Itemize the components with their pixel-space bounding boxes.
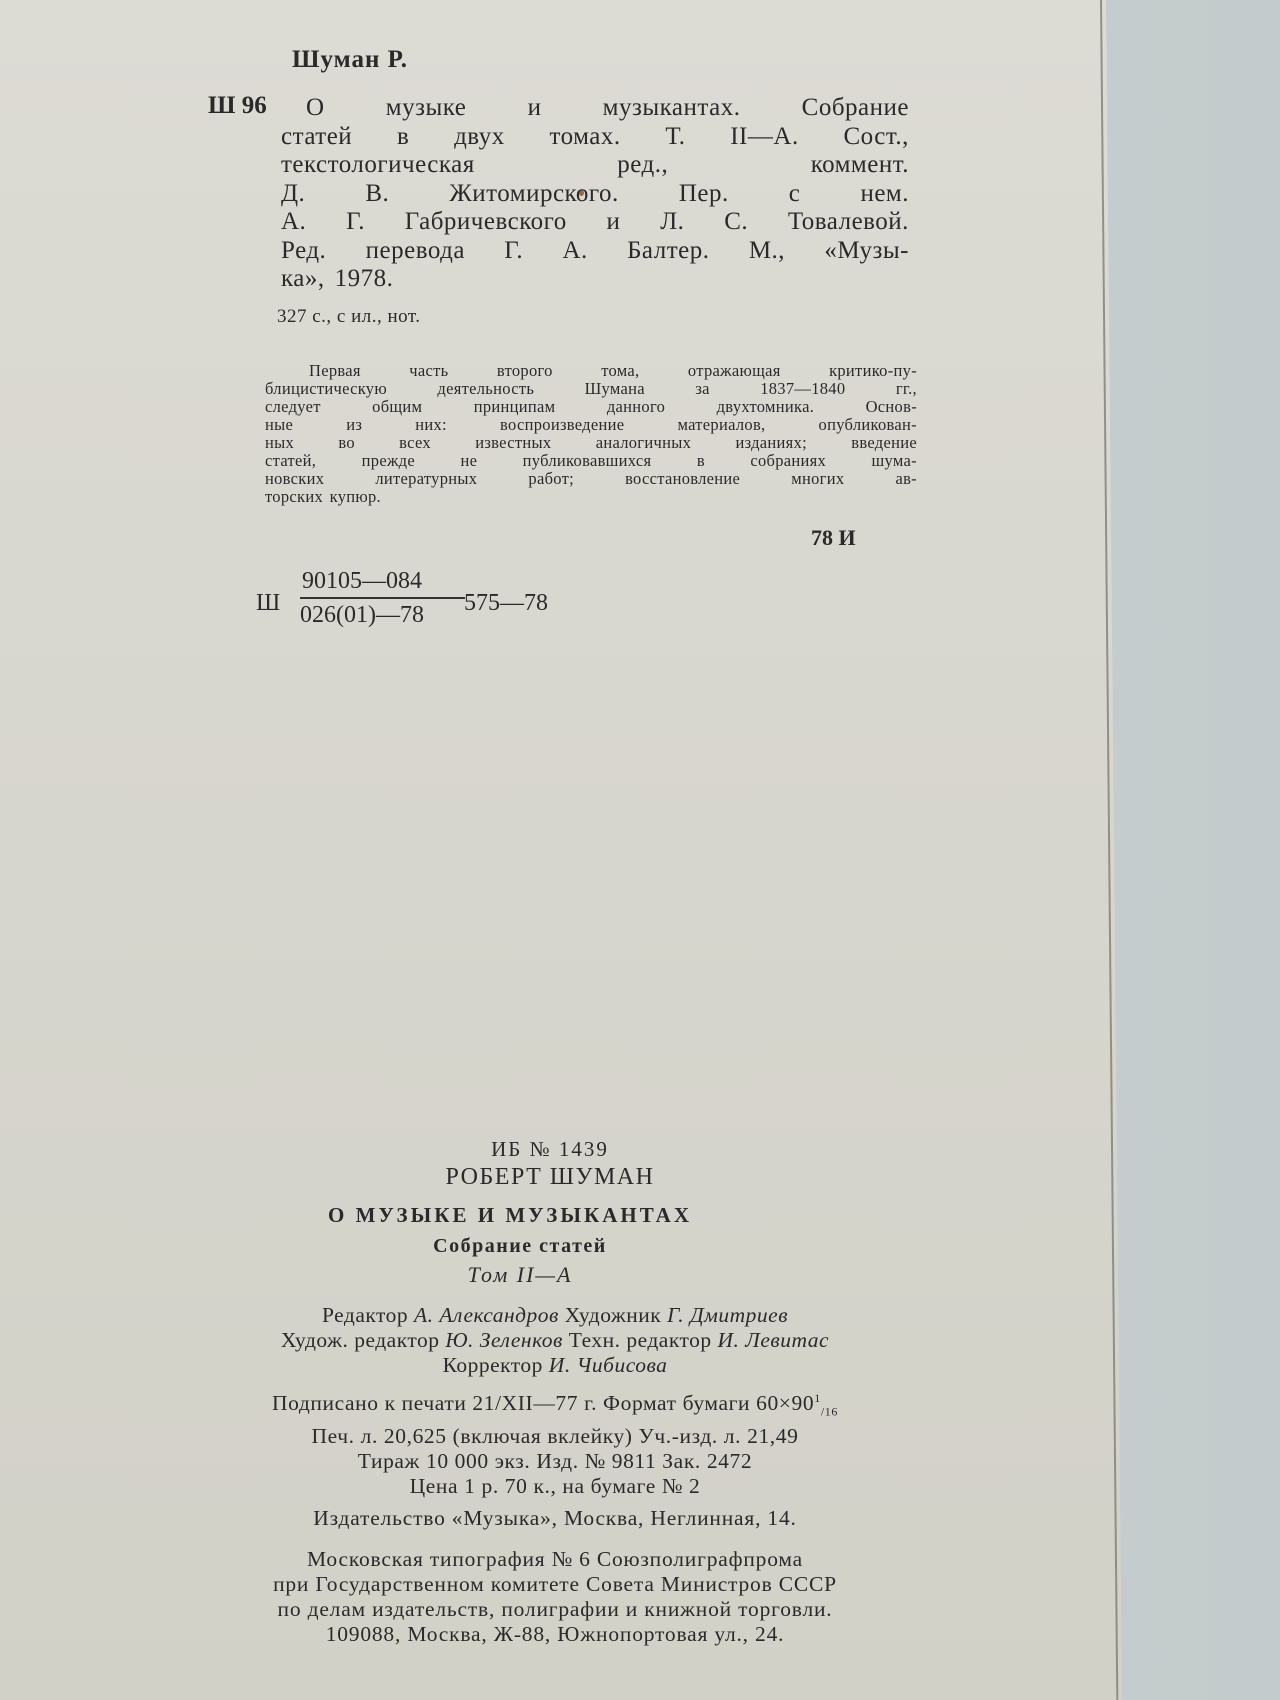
- imprint-subtitle: Собрание статей: [0, 1235, 1070, 1258]
- specs-signed: Подписано к печати 21/XII—77 г. Формат б…: [5, 1386, 1105, 1424]
- word: С.: [724, 208, 748, 237]
- bbk-letter: Ш: [256, 590, 280, 617]
- word: во: [338, 434, 355, 452]
- bbk-denominator: 026(01)—78: [300, 602, 465, 629]
- word: собраниях: [750, 452, 826, 470]
- word: томах.: [550, 123, 621, 152]
- word: восстановление: [625, 470, 740, 488]
- ib-number: ИБ № 1439: [0, 1137, 1100, 1162]
- entry-line: А.Г.ГабричевскогоиЛ.С.Товалевой.: [281, 208, 909, 237]
- word: за: [695, 380, 709, 398]
- word: А.: [281, 208, 306, 237]
- credit-name: Ю. Зеленков: [445, 1328, 563, 1352]
- word: ка»,: [281, 265, 325, 294]
- credit-name: И. Левитас: [718, 1328, 830, 1352]
- word: изданиях;: [735, 434, 807, 452]
- word: гг.,: [896, 380, 917, 398]
- word: аналогичных: [596, 434, 691, 452]
- credit-role: Худож. редактор: [281, 1328, 445, 1352]
- word: в: [397, 123, 409, 152]
- word: не: [460, 452, 477, 470]
- printer-line: Московская типография № 6 Союзполиграфпр…: [5, 1547, 1105, 1572]
- word: О: [306, 94, 325, 123]
- word: 1978.: [335, 265, 394, 294]
- printer: Московская типография № 6 Союзполиграфпр…: [5, 1547, 1105, 1647]
- format-sup: 1: [814, 1391, 821, 1405]
- bbk-numerator: 90105—084: [300, 568, 465, 595]
- word: ред.,: [617, 151, 668, 180]
- word: М.,: [749, 237, 785, 266]
- credits: Редактор А. Александров Художник Г. Дмит…: [5, 1303, 1105, 1378]
- classification-code: Ш 96: [208, 92, 267, 120]
- credit-role: Редактор: [322, 1303, 414, 1327]
- fraction-bar: [300, 597, 465, 599]
- abstract-line: Перваячастьвтороготома,отражающаякритико…: [265, 362, 917, 380]
- abstract: Перваячастьвтороготома,отражающаякритико…: [265, 362, 917, 506]
- printer-line: по делам издательств, полиграфии и книжн…: [5, 1597, 1105, 1622]
- word: ные: [265, 416, 293, 434]
- abstract-line: ныеизних:воспроизведениематериалов,опубл…: [265, 416, 917, 434]
- word: перевода: [366, 237, 465, 266]
- word: 1837—1840: [760, 380, 845, 398]
- print-specs: Подписано к печати 21/XII—77 г. Формат б…: [5, 1386, 1105, 1499]
- abstract-line: следуетобщимпринципамданногодвухтомника.…: [265, 398, 917, 416]
- catalog-index: 78 И: [811, 525, 856, 551]
- word: и: [528, 94, 542, 123]
- word: часть: [409, 362, 448, 380]
- printer-line: при Государственном комитете Совета Мини…: [5, 1572, 1105, 1597]
- credits-line: Редактор А. Александров Художник Г. Дмит…: [5, 1303, 1105, 1328]
- word: публиковавшихся: [523, 452, 652, 470]
- word: Ред.: [281, 237, 326, 266]
- word: следует: [265, 398, 321, 416]
- word: музыке: [386, 94, 467, 123]
- word: статей: [281, 123, 352, 152]
- word: купюр.: [330, 488, 381, 506]
- word: Г.: [346, 208, 365, 237]
- word: Габричевского: [405, 208, 567, 237]
- word: новских: [265, 470, 324, 488]
- word: ных: [265, 434, 294, 452]
- credit-role: Художник: [559, 1303, 667, 1327]
- entry-line: статейвдвухтомах.Т.II—А.Сост.,: [281, 123, 909, 152]
- word: В.: [365, 180, 389, 209]
- word: них:: [415, 416, 447, 434]
- word: воспроизведение: [500, 416, 624, 434]
- word: данного: [607, 398, 665, 416]
- entry-line: Д.В.Житомирского.Пер.снем.: [281, 180, 909, 209]
- specs-sheets: Печ. л. 20,625 (включая вклейку) Уч.-изд…: [5, 1424, 1105, 1449]
- credit-name: Г. Дмитриев: [667, 1303, 788, 1327]
- entry-line: Омузыкеимузыкантах.Собрание: [281, 94, 909, 123]
- word: коммент.: [811, 151, 909, 180]
- word: Основ-: [866, 398, 917, 416]
- credit-name: А. Александров: [414, 1303, 559, 1327]
- word: нем.: [860, 180, 909, 209]
- abstract-line: ныхвовсехизвестныханалогичныхизданиях;вв…: [265, 434, 917, 452]
- word: статей,: [265, 452, 316, 470]
- abstract-line: статей,прежденепубликовавшихсявсобраниях…: [265, 452, 917, 470]
- word: Товалевой.: [788, 208, 909, 237]
- word: Сост.,: [843, 123, 908, 152]
- word: второго: [497, 362, 553, 380]
- specs-price: Цена 1 р. 70 к., на бумаге № 2: [5, 1474, 1105, 1499]
- word: прежде: [362, 452, 415, 470]
- word: Шумана: [585, 380, 645, 398]
- abstract-line: новскихлитературныхработ;восстановлением…: [265, 470, 917, 488]
- word: Т.: [665, 123, 685, 152]
- word: Л.: [660, 208, 684, 237]
- word: текстологическая: [281, 151, 475, 180]
- word: всех: [399, 434, 431, 452]
- imprint-author: РОБЕРТ ШУМАН: [0, 1164, 1100, 1191]
- specs-signed-text: Подписано к печати 21/XII—77 г. Формат б…: [272, 1391, 814, 1415]
- credit-role: Корректор: [443, 1353, 549, 1377]
- publisher: Издательство «Музыка», Москва, Неглинная…: [5, 1506, 1105, 1531]
- abstract-line: торскихкупюр.: [265, 488, 917, 506]
- word: литературных: [375, 470, 477, 488]
- bibliographic-entry: Омузыкеимузыкантах.Собраниестатейвдвухто…: [281, 94, 909, 294]
- word: введение: [851, 434, 917, 452]
- entry-line: Ред.переводаГ.А.Балтер.М.,«Музы-: [281, 237, 909, 266]
- word: Пер.: [679, 180, 729, 209]
- word: и: [607, 208, 621, 237]
- word: двух: [454, 123, 505, 152]
- printer-line: 109088, Москва, Ж-88, Южнопортовая ул., …: [5, 1622, 1105, 1647]
- word: тома,: [601, 362, 639, 380]
- word: материалов,: [677, 416, 765, 434]
- word: принципам: [474, 398, 556, 416]
- credits-line: Корректор И. Чибисова: [5, 1353, 1105, 1378]
- word: Житомирского.: [449, 180, 618, 209]
- word: Первая: [309, 362, 361, 380]
- word: опубликован-: [819, 416, 917, 434]
- credit-name: И. Чибисова: [549, 1353, 668, 1377]
- word: в: [697, 452, 705, 470]
- credits-line: Худож. редактор Ю. Зеленков Техн. редакт…: [5, 1328, 1105, 1353]
- word: отражающая: [688, 362, 781, 380]
- specs-print-run: Тираж 10 000 экз. Изд. № 9811 Зак. 2472: [5, 1449, 1105, 1474]
- format-sub: /16: [821, 1404, 838, 1418]
- word: «Музы-: [824, 237, 909, 266]
- word: критико-пу-: [829, 362, 917, 380]
- word: II—А.: [730, 123, 798, 152]
- word: Балтер.: [627, 237, 709, 266]
- word: торских: [265, 488, 323, 506]
- word: работ;: [528, 470, 574, 488]
- word: А.: [562, 237, 587, 266]
- word: многих: [791, 470, 844, 488]
- entry-line: текстологическаяред.,коммент.: [281, 151, 909, 180]
- word: шума-: [872, 452, 917, 470]
- word: двухтомника.: [717, 398, 815, 416]
- catalog-author: Шуман Р.: [292, 46, 408, 74]
- bbk-suffix: 575—78: [464, 590, 548, 617]
- word: из: [346, 416, 362, 434]
- physical-description: 327 с., с ил., нот.: [277, 306, 421, 328]
- word: блицистическую: [265, 380, 387, 398]
- word: музыкантах.: [603, 94, 741, 123]
- book-page: Шуман Р. Ш 96 Омузыкеимузыкантах.Собрани…: [0, 0, 1180, 1700]
- word: ав-: [895, 470, 917, 488]
- word: с: [789, 180, 801, 209]
- word: известных: [475, 434, 551, 452]
- word: Д.: [281, 180, 305, 209]
- imprint-title: О МУЗЫКЕ И МУЗЫКАНТАХ: [0, 1203, 1060, 1228]
- word: Г.: [504, 237, 523, 266]
- bbk-fraction: 90105—084 026(01)—78: [300, 568, 465, 629]
- word: Собрание: [802, 94, 909, 123]
- word: общим: [372, 398, 422, 416]
- credit-role: Техн. редактор: [563, 1328, 718, 1352]
- word: деятельность: [437, 380, 534, 398]
- imprint-volume: Том II—А: [0, 1262, 1070, 1288]
- abstract-line: блицистическуюдеятельностьШуманаза1837—1…: [265, 380, 917, 398]
- entry-line: ка»,1978.: [281, 265, 909, 294]
